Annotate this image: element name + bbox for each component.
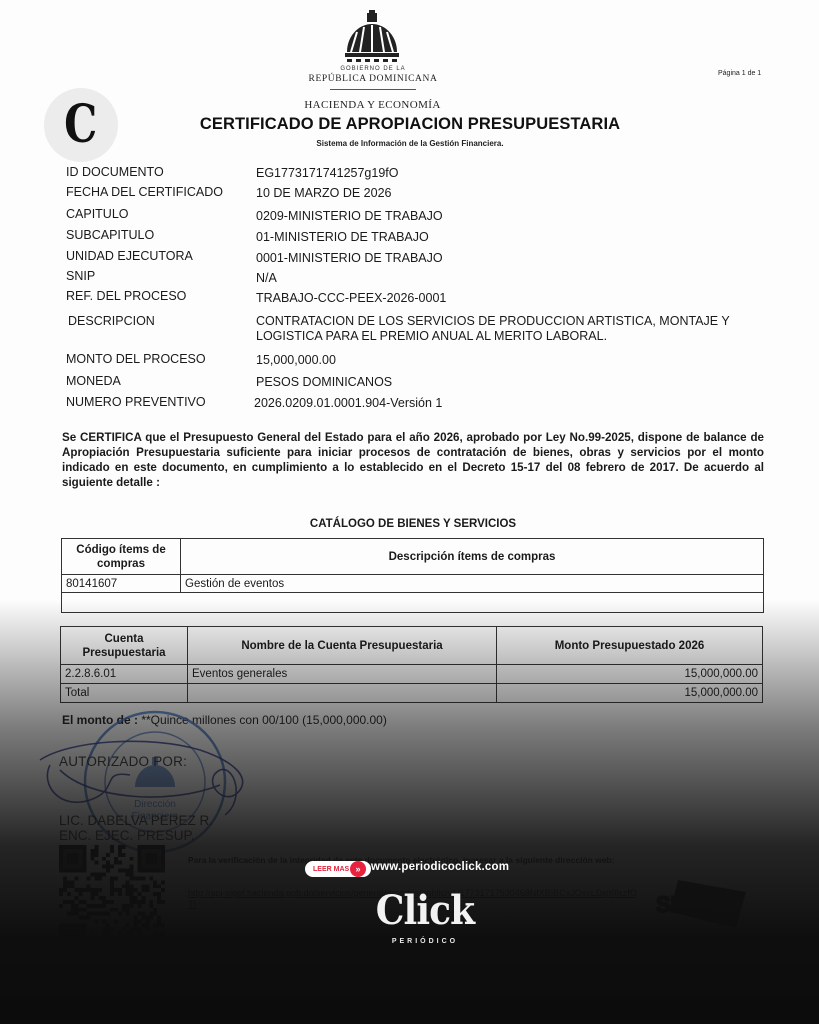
site-url[interactable]: www.periodicoclick.com [371, 861, 509, 873]
ministry-name: HACIENDA Y ECONOMÍA [290, 99, 455, 111]
gov-label-small: GOBIERNO DE LA [330, 66, 416, 72]
field-label: SUBCAPITULO [66, 228, 154, 242]
budget-header-name: Nombre de la Cuenta Presupuestaria [188, 627, 497, 665]
field-label: MONEDA [66, 374, 121, 388]
sigef-logo-icon: SIGEF [648, 872, 758, 932]
field-label: SNIP [66, 269, 95, 283]
header-divider [330, 89, 416, 90]
budget-table: Cuenta Presupuestaria Nombre de la Cuent… [60, 626, 763, 703]
field-label: UNIDAD EJECUTORA [66, 249, 193, 263]
national-palace-dome-icon [343, 8, 401, 66]
table-row: 2.2.8.6.01 Eventos generales 15,000,000.… [61, 665, 763, 684]
signer-name: LIC. DABELVA PEREZ R. [59, 813, 213, 828]
budget-total-name [188, 684, 497, 703]
field-value: TRABAJO-CCC-PEEX-2026-0001 [256, 291, 446, 305]
table-row [62, 593, 764, 613]
budget-account-cell: 2.2.8.6.01 [61, 665, 188, 684]
field-label: ID DOCUMENTO [66, 165, 164, 179]
gov-label: REPÚBLICA DOMINICANA [300, 74, 446, 84]
field-value: 2026.0209.01.0001.904-Versión 1 [254, 396, 442, 410]
authorized-by-label: AUTORIZADO POR: [59, 754, 187, 769]
svg-text:SIGEF: SIGEF [656, 892, 722, 917]
budget-header-account: Cuenta Presupuestaria [61, 627, 188, 665]
certificate-page: GOBIERNO DE LA REPÚBLICA DOMINICANA Pági… [0, 0, 819, 1024]
budget-total-label: Total [61, 684, 188, 703]
field-value: 01-MINISTERIO DE TRABAJO [256, 230, 429, 244]
signer-position: ENC. EJEC. PRESUP. [59, 828, 195, 843]
budget-name-cell: Eventos generales [188, 665, 497, 684]
page-subtitle: Sistema de Información de la Gestión Fin… [210, 139, 610, 148]
field-value: 15,000,000.00 [256, 353, 336, 367]
field-label: MONTO DEL PROCESO [66, 352, 206, 366]
field-label: REF. DEL PROCESO [66, 289, 186, 303]
catalog-code-cell: 80141607 [62, 575, 181, 593]
budget-total-amount: 15,000,000.00 [497, 684, 763, 703]
field-value: N/A [256, 271, 277, 285]
click-logo-subtitle: PERIÓDICO [370, 938, 480, 945]
field-value: 0001-MINISTERIO DE TRABAJO [256, 251, 443, 265]
catalog-description-cell: Gestión de eventos [181, 575, 764, 593]
catalog-table: Código ítems de compras Descripción ítem… [61, 538, 764, 613]
double-chevron-right-icon[interactable]: » [350, 861, 366, 877]
budget-header-amount: Monto Presupuestado 2026 [497, 627, 763, 665]
field-label: DESCRIPCION [68, 314, 155, 328]
catalog-header-description: Descripción ítems de compras [181, 539, 764, 575]
field-label: CAPITULO [66, 207, 129, 221]
table-row: 80141607 Gestión de eventos [62, 575, 764, 593]
field-value: 10 DE MARZO DE 2026 [256, 186, 391, 200]
field-label: FECHA DEL CERTIFICADO [66, 185, 223, 199]
field-value: EG1773171741257g19fO [256, 166, 399, 180]
qr-code-icon[interactable] [58, 845, 166, 951]
catalog-empty-cell [62, 593, 764, 613]
page-indicator: Página 1 de 1 [718, 70, 761, 77]
table-row: Total 15,000,000.00 [61, 684, 763, 703]
field-value: 0209-MINISTERIO DE TRABAJO [256, 209, 443, 223]
field-value: PESOS DOMINICANOS [256, 375, 392, 389]
catalog-title: CATÁLOGO DE BIENES Y SERVICIOS [60, 518, 766, 530]
budget-amount-cell: 15,000,000.00 [497, 665, 763, 684]
certification-paragraph: Se CERTIFICA que el Presupuesto General … [62, 430, 764, 490]
page-title: CERTIFICADO DE APROPIACION PRESUPUESTARI… [120, 115, 700, 134]
catalog-header-code: Código ítems de compras [62, 539, 181, 575]
click-c-logo-icon: C [44, 88, 118, 162]
field-value-description: CONTRATACION DE LOS SERVICIOS DE PRODUCC… [256, 314, 766, 344]
field-label: NUMERO PREVENTIVO [66, 395, 206, 409]
click-logo: Click [376, 891, 475, 931]
